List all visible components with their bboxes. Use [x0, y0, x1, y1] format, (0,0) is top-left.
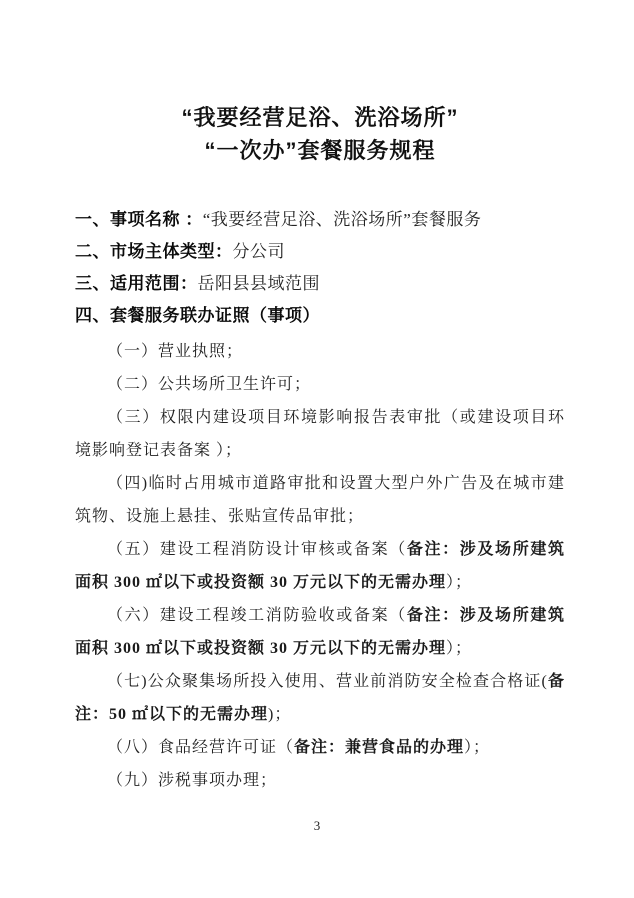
list-item-3: （三）权限内建设项目环境影响报告表审批（或建设项目环境影响登记表备案 ）；: [75, 401, 565, 467]
section-value: 岳阳县县域范围: [198, 274, 321, 293]
item-remark: 备注：兼营食品的办理: [294, 739, 464, 756]
title-line-1: “我要经营足浴、洗浴场所”: [75, 101, 565, 134]
title-line-2: “一次办”套餐服务规程: [75, 134, 565, 167]
list-item-9: （九）涉税事项办理；: [75, 764, 565, 797]
list-item-4: （四)临时占用城市道路审批和设置大型户外广告及在城市建筑物、设施上悬挂、张贴宣传…: [75, 467, 565, 533]
item-text: （四)临时占用城市道路审批和设置大型户外广告及在城市建筑物、设施上悬挂、张贴宣传…: [75, 475, 565, 525]
section-heading-item-name: 一、事项名称 ：“我要经营足浴、洗浴场所”套餐服务: [75, 204, 565, 236]
item-text: （六）建设工程竣工消防验收或备案（: [107, 607, 407, 624]
item-text: （五）建设工程消防设计审核或备案（: [107, 541, 407, 558]
section-heading-scope: 三、适用范围：岳阳县县域范围: [75, 268, 565, 300]
page-number: 3: [0, 818, 634, 834]
section-label: 一、事项名称 ：: [75, 210, 203, 229]
list-item-1: （一）营业执照；: [75, 335, 565, 368]
list-item-6: （六）建设工程竣工消防验收或备案（备注：涉及场所建筑面积 300 ㎡以下或投资额…: [75, 599, 565, 665]
list-item-5: （五）建设工程消防设计审核或备案（备注：涉及场所建筑面积 300 ㎡以下或投资额…: [75, 533, 565, 599]
section-heading-entity-type: 二、市场主体类型：分公司: [75, 236, 565, 268]
item-text-post: )；: [268, 706, 291, 723]
item-text-post: ）；: [464, 739, 490, 756]
item-text: （一）营业执照；: [107, 343, 243, 360]
section-headings: 一、事项名称 ：“我要经营足浴、洗浴场所”套餐服务 二、市场主体类型：分公司 三…: [75, 204, 565, 332]
item-text: （八）食品经营许可证（: [107, 739, 294, 756]
item-text: （七)公众聚集场所投入使用、营业前消防安全检查合格证(: [107, 673, 548, 690]
item-text: （二）公共场所卫生许可；: [107, 376, 311, 393]
item-text-post: ）；: [446, 640, 472, 657]
item-text-post: ）；: [446, 574, 472, 591]
section-value: “我要经营足浴、洗浴场所”套餐服务: [203, 210, 482, 229]
section-label: 三、适用范围：: [75, 274, 198, 293]
item-text: （九）涉税事项办理；: [107, 772, 277, 789]
section-heading-licenses: 四、套餐服务联办证照（事项）: [75, 300, 565, 332]
item-text: （三）权限内建设项目环境影响报告表审批（或建设项目环境影响登记表备案 ）；: [75, 409, 565, 459]
list-item-7: （七)公众聚集场所投入使用、营业前消防安全检查合格证(备注：50 ㎡以下的无需办…: [75, 665, 565, 731]
list-item-8: （八）食品经营许可证（备注：兼营食品的办理）；: [75, 731, 565, 764]
list-item-2: （二）公共场所卫生许可；: [75, 368, 565, 401]
section-label: 四、套餐服务联办证照（事项）: [75, 306, 320, 325]
document-page: “我要经营足浴、洗浴场所” “一次办”套餐服务规程 一、事项名称 ：“我要经营足…: [0, 0, 634, 898]
document-title: “我要经营足浴、洗浴场所” “一次办”套餐服务规程: [75, 101, 565, 167]
section-label: 二、市场主体类型：: [75, 242, 233, 261]
section-value: 分公司: [233, 242, 286, 261]
license-item-list: （一）营业执照； （二）公共场所卫生许可； （三）权限内建设项目环境影响报告表审…: [75, 335, 565, 797]
